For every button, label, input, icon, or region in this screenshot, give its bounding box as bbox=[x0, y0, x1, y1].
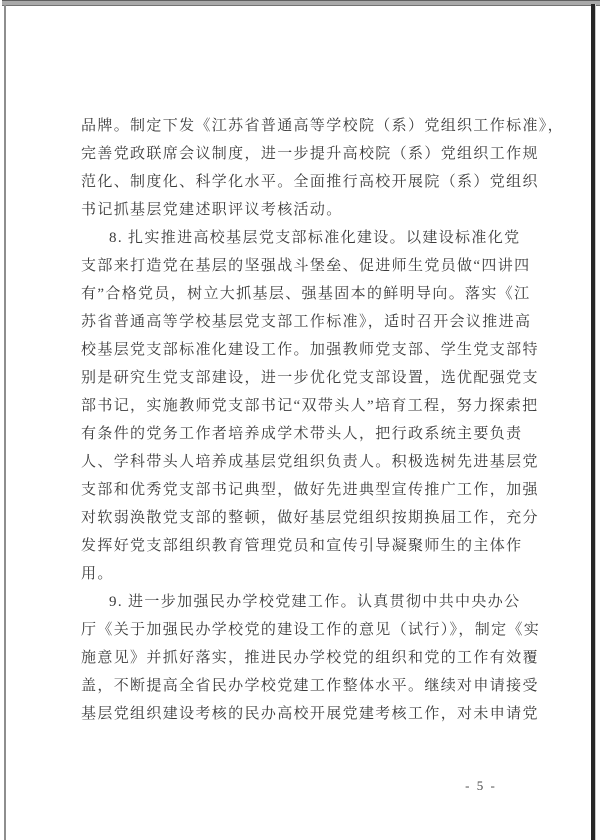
text-line: 有条件的党务工作者培养成学术带头人，把行政系统主要负责 bbox=[81, 420, 539, 448]
paragraph-continuation: 品牌。制定下发《江苏省普通高等学校院（系）党组织工作标准》， 完善党政联席会议制… bbox=[81, 112, 539, 224]
paragraph-item-8: 8. 扎实推进高校基层党支部标准化建设。以建设标准化党 支部来打造党在基层的坚强… bbox=[81, 224, 539, 588]
text-line: 苏省普通高等学校基层党支部工作标准》，适时召开会议推进高 bbox=[81, 308, 539, 336]
text-line: 9. 进一步加强民办学校党建工作。认真贯彻中共中央办公 bbox=[81, 588, 539, 616]
text-line: 有”合格党员，树立大抓基层、强基固本的鲜明导向。落实《江 bbox=[81, 280, 539, 308]
scan-right-edge bbox=[591, 4, 596, 840]
text-line: 品牌。制定下发《江苏省普通高等学校院（系）党组织工作标准》， bbox=[81, 112, 539, 140]
text-line: 盖，不断提高全省民办学校党建工作整体水平。继续对申请接受 bbox=[81, 672, 539, 700]
text-line: 8. 扎实推进高校基层党支部标准化建设。以建设标准化党 bbox=[81, 224, 539, 252]
text-line: 人、学科带头人培养成基层党组织负责人。积极选树先进基层党 bbox=[81, 448, 539, 476]
text-line: 对软弱涣散党支部的整顿，做好基层党组织按期换届工作，充分 bbox=[81, 504, 539, 532]
scan-top-edge bbox=[2, 0, 600, 6]
text-line: 施意见》并抓好落实，推进民办学校党的组织和党的工作有效覆 bbox=[81, 644, 539, 672]
text-line: 校基层党支部标准化建设工作。加强教师党支部、学生党支部特 bbox=[81, 336, 539, 364]
text-line: 完善党政联席会议制度，进一步提升高校院（系）党组织工作规 bbox=[81, 140, 539, 168]
paragraph-item-9: 9. 进一步加强民办学校党建工作。认真贯彻中共中央办公 厅《关于加强民办学校党的… bbox=[81, 588, 539, 728]
text-line: 别是研究生党支部建设，进一步优化党支部设置，选优配强党支 bbox=[81, 364, 539, 392]
text-line: 支部来打造党在基层的坚强战斗堡垒、促进师生党员做“四讲四 bbox=[81, 252, 539, 280]
scan-left-edge bbox=[4, 5, 6, 840]
text-line: 支部和优秀党支部书记典型，做好先进典型宣传推广工作，加强 bbox=[81, 476, 539, 504]
document-body: 品牌。制定下发《江苏省普通高等学校院（系）党组织工作标准》， 完善党政联席会议制… bbox=[81, 112, 539, 728]
text-line: 基层党组织建设考核的民办高校开展党建考核工作，对未申请党 bbox=[81, 700, 539, 728]
text-line: 部书记，实施教师党支部书记“双带头人”培育工程，努力探索把 bbox=[81, 392, 539, 420]
text-line: 范化、制度化、科学化水平。全面推行高校开展院（系）党组织 bbox=[81, 168, 539, 196]
text-line: 发挥好党支部组织教育管理党员和宣传引导凝聚师生的主体作 bbox=[81, 532, 539, 560]
document-page: 品牌。制定下发《江苏省普通高等学校院（系）党组织工作标准》， 完善党政联席会议制… bbox=[0, 0, 600, 840]
page-number: - 5 - bbox=[450, 778, 512, 794]
text-line: 厅《关于加强民办学校党的建设工作的意见（试行）》，制定《实 bbox=[81, 616, 539, 644]
text-line: 用。 bbox=[81, 560, 539, 588]
text-line: 书记抓基层党建述职评议考核活动。 bbox=[81, 196, 539, 224]
